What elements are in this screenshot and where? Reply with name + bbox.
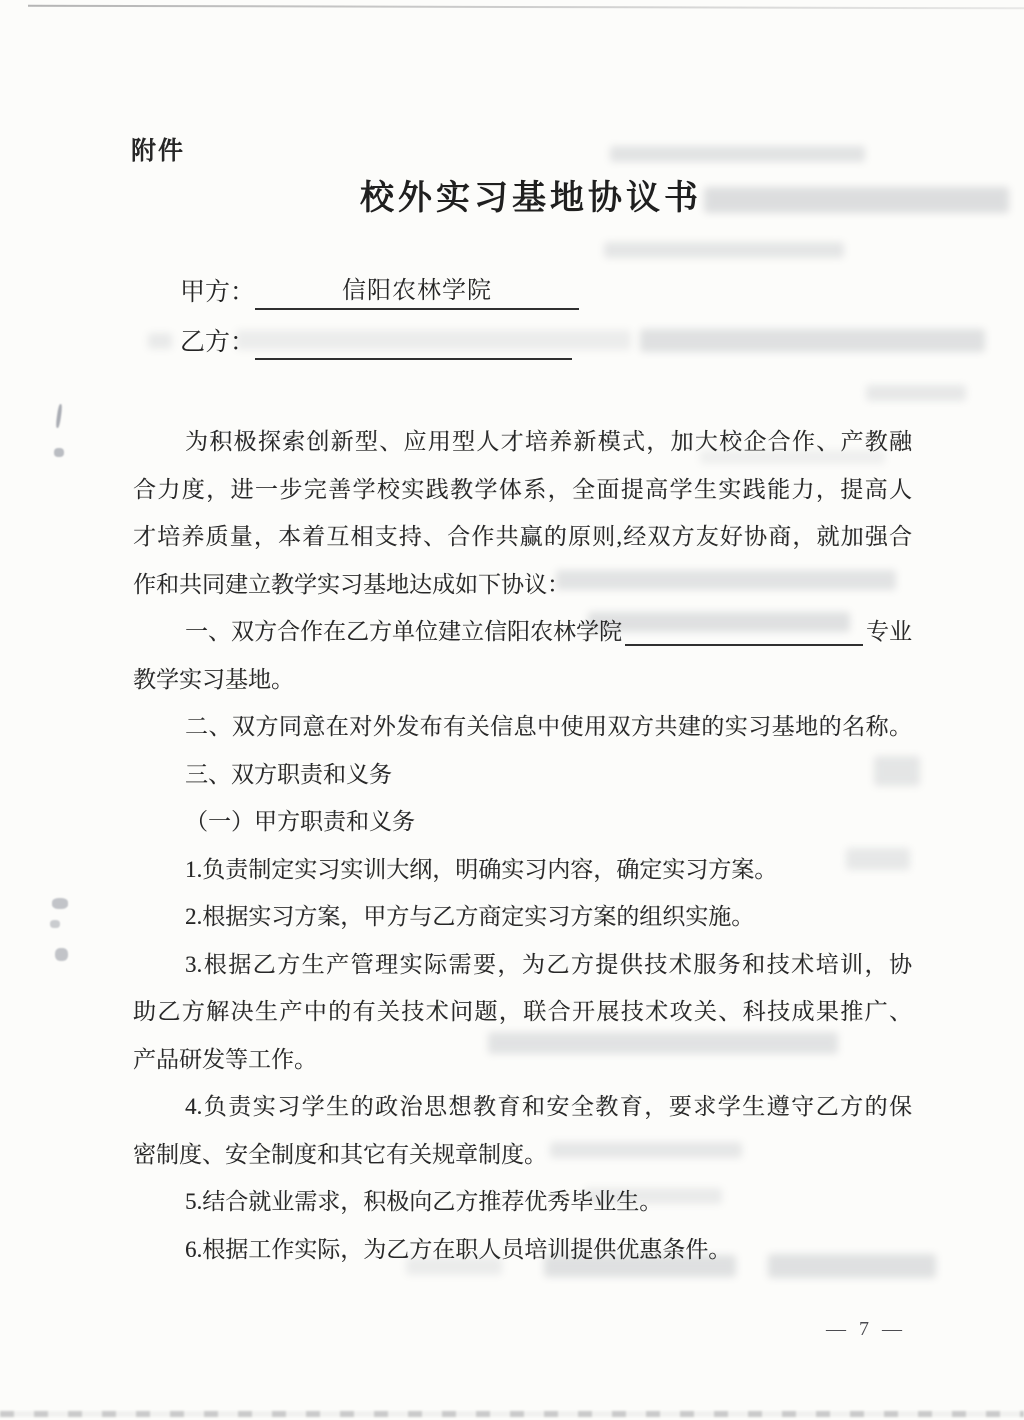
blank-underline-field [625,644,863,646]
scan-top-edge-line [28,5,1024,10]
pencil-mark [55,404,62,428]
party-a-row: 甲方： 信阳农林学院 [180,274,579,310]
text-line: 一、双方合作在乙方单位建立信阳农林学院专业 [133,608,912,656]
text-line: 4.负责实习学生的政治思想教育和安全教育，要求学生遵守乙方的保 [133,1083,912,1131]
party-a-label: 甲方： [180,276,255,310]
text-line: 5.结合就业需求，积极向乙方推荐优秀毕业生。 [133,1178,912,1226]
scanned-page: 附件 校外实习基地协议书 甲方： 信阳农林学院 乙方： 为积极探索创新型、应用型… [0,0,1024,1420]
bleedthrough-smudge [866,385,966,401]
bleedthrough-smudge [610,146,865,162]
party-a-field: 信阳农林学院 [255,274,579,310]
text-line: 3.根据乙方生产管理实际需要，为乙方提供技术服务和技术培训，协 [133,941,912,989]
text-line: 助乙方解决生产中的有关技术问题，联合开展技术攻关、科技成果推广、 [133,988,912,1036]
page-number: — 7 — [826,1318,906,1341]
pencil-mark [50,920,60,928]
text-line: 6.根据工作实际，为乙方在职人员培训提供优惠条件。 [133,1226,912,1274]
party-b-label: 乙方： [180,326,255,360]
text-line: 才培养质量，本着互相支持、合作共赢的原则,经双方友好协商，就加强合 [133,513,912,561]
document-title: 校外实习基地协议书 [360,170,702,219]
pencil-mark [54,448,64,457]
bleedthrough-smudge [604,242,844,258]
text-line: 二、双方同意在对外发布有关信息中使用双方共建的实习基地的名称。 [133,703,912,751]
party-b-row: 乙方： [180,324,572,360]
text-line: 产品研发等工作。 [133,1036,912,1084]
text-segment: 一、双方合作在乙方单位建立信阳农林学院 [185,608,622,656]
pencil-mark [52,898,68,909]
attachment-label: 附件 [131,131,185,167]
text-line: 为积极探索创新型、应用型人才培养新模式，加大校企合作、产教融 [133,418,912,466]
text-line: （一）甲方职责和义务 [133,798,912,846]
body-text: 为积极探索创新型、应用型人才培养新模式，加大校企合作、产教融合力度，进一步完善学… [133,418,912,1273]
bleedthrough-smudge [148,333,172,349]
text-segment: 专业 [866,608,912,656]
pencil-mark [55,948,68,961]
bleedthrough-smudge [640,329,985,352]
text-line: 作和共同建立教学实习基地达成如下协议： [133,561,912,609]
party-b-field [255,324,572,360]
text-line: 1.负责制定实习实训大纲，明确实习内容，确定实习方案。 [133,846,912,894]
text-line: 2.根据实习方案，甲方与乙方商定实习方案的组织实施。 [133,893,912,941]
text-line: 密制度、安全制度和其它有关规章制度。 [133,1131,912,1179]
party-a-value: 信阳农林学院 [342,278,492,304]
text-line: 三、双方职责和义务 [133,751,912,799]
scan-bottom-edge [0,1411,1024,1417]
text-line: 合力度，进一步完善学校实践教学体系，全面提高学生实践能力，提高人 [133,466,912,514]
bleedthrough-smudge [704,187,1009,213]
text-line: 教学实习基地。 [133,656,912,704]
